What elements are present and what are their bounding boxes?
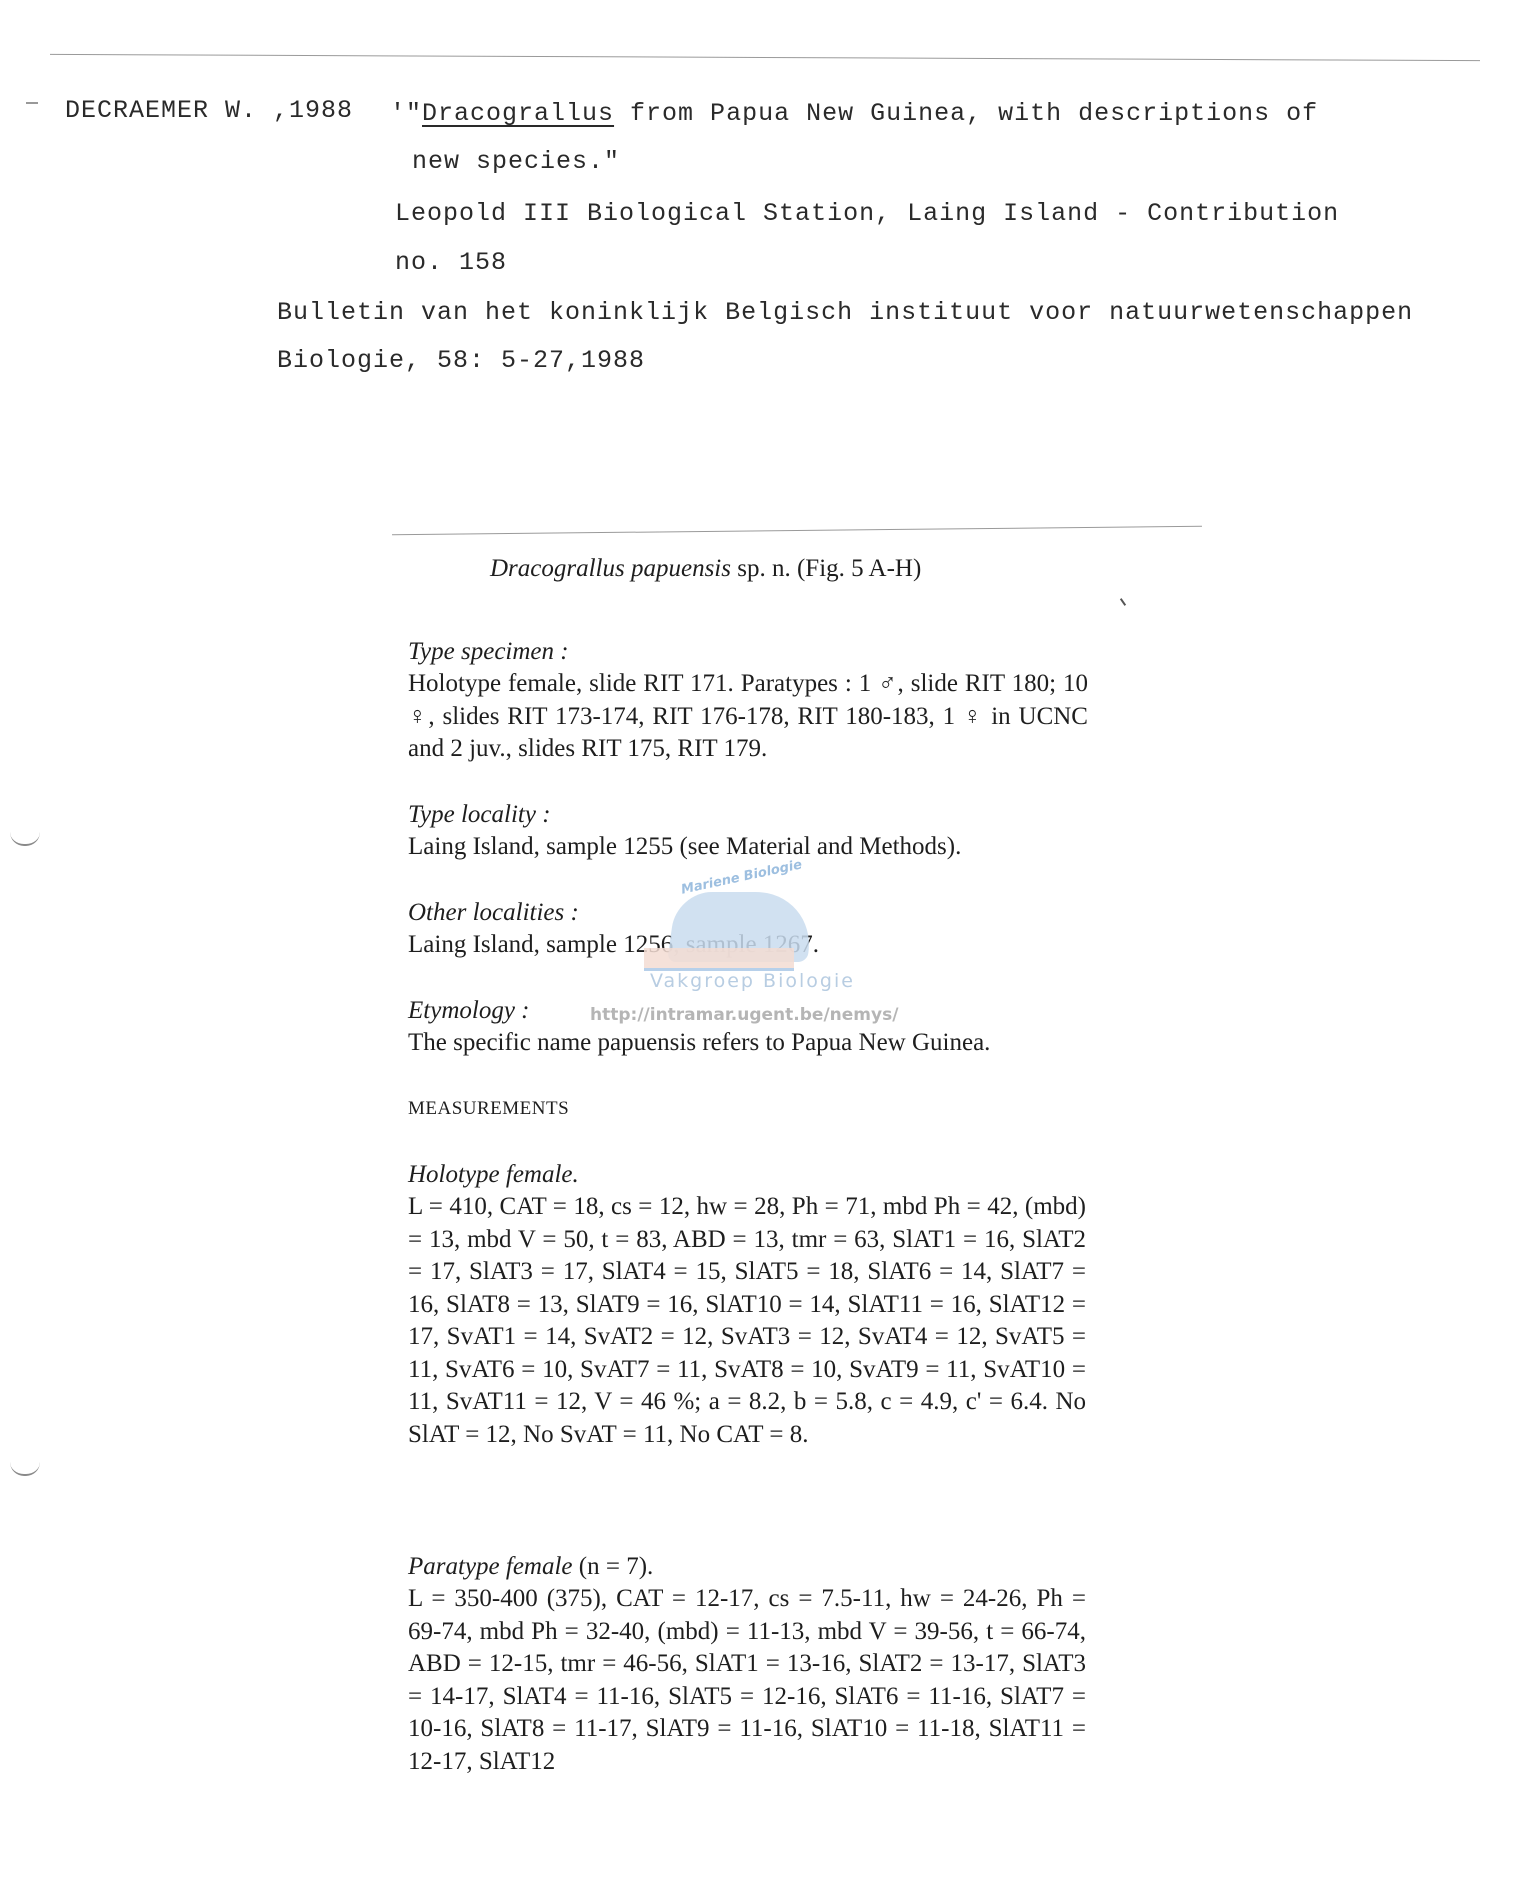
type-locality-heading: Type locality : bbox=[408, 798, 1128, 831]
citation-journal-line1: Bulletin van het koninklijk Belgisch ins… bbox=[277, 298, 1413, 327]
other-localities-heading: Other localities : bbox=[408, 896, 1088, 929]
title-open-quote: '" bbox=[390, 99, 422, 128]
holotype-measurements: L = 410, CAT = 18, cs = 12, hw = 28, Ph … bbox=[408, 1191, 1086, 1451]
citation-series-line2: no. 158 bbox=[395, 248, 507, 277]
citation-title-line1: '"Dracograllus from Papua New Guinea, wi… bbox=[390, 99, 1318, 128]
paratype-count: (n = 7). bbox=[573, 1553, 654, 1580]
section-type-specimen: Type specimen : Holotype female, slide R… bbox=[408, 635, 1088, 766]
type-locality-body: Laing Island, sample 1255 (see Material … bbox=[408, 831, 1128, 864]
type-specimen-body: Holotype female, slide RIT 171. Paratype… bbox=[408, 668, 1088, 766]
etymology-body: The specific name papuensis refers to Pa… bbox=[408, 1027, 1128, 1060]
citation-author-year: DECRAEMER W. ,1988 bbox=[65, 96, 353, 125]
punch-hole-mark-lower bbox=[10, 1462, 40, 1476]
paratype-measurements: L = 350-400 (375), CAT = 12-17, cs = 7.5… bbox=[408, 1583, 1086, 1778]
section-type-locality: Type locality : Laing Island, sample 125… bbox=[408, 798, 1128, 864]
etymology-heading: Etymology : bbox=[408, 994, 1128, 1027]
section-etymology: Etymology : The specific name papuensis … bbox=[408, 994, 1128, 1060]
watermark-label: Vakgroep Biologie bbox=[650, 970, 855, 992]
title-genus: Dracograllus bbox=[422, 99, 614, 128]
other-localities-body: Laing Island, sample 1256, sample 1267. bbox=[408, 929, 1088, 962]
punch-hole-mark-upper bbox=[10, 832, 40, 846]
paratype-heading: Paratype female bbox=[408, 1553, 573, 1580]
scan-tick-mark bbox=[26, 102, 38, 104]
section-holotype-female: Holotype female. L = 410, CAT = 18, cs =… bbox=[408, 1158, 1086, 1451]
type-specimen-heading: Type specimen : bbox=[408, 635, 1088, 668]
top-rule bbox=[50, 54, 1480, 61]
species-suffix: sp. n. (Fig. 5 A-H) bbox=[731, 555, 921, 582]
citation-title-line2: new species." bbox=[412, 147, 620, 176]
species-name: Dracograllus papuensis bbox=[490, 555, 731, 582]
title-rest: from Papua New Guinea, with descriptions… bbox=[614, 99, 1318, 128]
measurements-heading: MEASUREMENTS bbox=[408, 1098, 569, 1120]
citation-journal-line2: Biologie, 58: 5-27,1988 bbox=[277, 346, 645, 375]
citation-series-line1: Leopold III Biological Station, Laing Is… bbox=[395, 199, 1339, 228]
section-paratype-female: Paratype female (n = 7). L = 350-400 (37… bbox=[408, 1550, 1086, 1778]
watermark-bar bbox=[644, 968, 794, 971]
section-other-localities: Other localities : Laing Island, sample … bbox=[408, 896, 1088, 962]
stray-mark bbox=[1120, 598, 1126, 606]
paratype-heading-line: Paratype female (n = 7). bbox=[408, 1550, 1086, 1583]
species-title: Dracograllus papuensis sp. n. (Fig. 5 A-… bbox=[490, 555, 921, 583]
section-rule bbox=[392, 526, 1202, 535]
holotype-heading: Holotype female. bbox=[408, 1158, 1086, 1191]
